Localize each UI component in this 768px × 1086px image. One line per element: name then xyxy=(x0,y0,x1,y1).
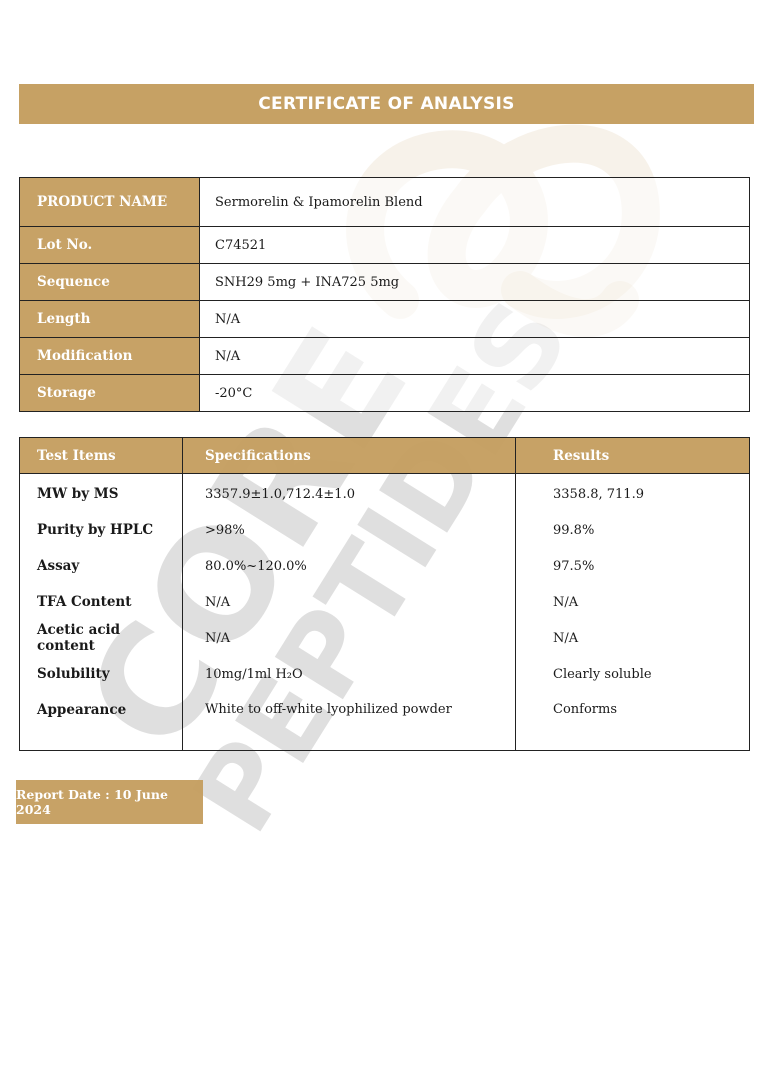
info-value: Sermorelin & Ipamorelin Blend xyxy=(200,178,750,227)
table-row: TFA Content N/A N/A xyxy=(20,584,750,620)
report-date: Report Date : 10 June 2024 xyxy=(16,787,203,817)
test-result: N/A xyxy=(516,620,750,656)
info-label: Modification xyxy=(20,338,200,375)
test-spec: 10mg/1ml H₂O xyxy=(183,656,516,692)
table-row: Appearance White to off-white lyophilize… xyxy=(20,692,750,751)
table-row: Lot No. C74521 xyxy=(20,227,750,264)
test-spec: N/A xyxy=(183,584,516,620)
report-date-badge: Report Date : 10 June 2024 xyxy=(16,780,203,824)
title-banner: CERTIFICATE OF ANALYSIS xyxy=(19,84,754,124)
table-row: Acetic acid content N/A N/A xyxy=(20,620,750,656)
column-header-specifications: Specifications xyxy=(183,438,516,474)
table-row: Assay 80.0%~120.0% 97.5% xyxy=(20,548,750,584)
info-value: -20°C xyxy=(200,375,750,412)
test-result: 99.8% xyxy=(516,512,750,548)
test-item: TFA Content xyxy=(20,584,183,620)
table-header-row: Test Items Specifications Results xyxy=(20,438,750,474)
test-item: Assay xyxy=(20,548,183,584)
info-value: SNH29 5mg + INA725 5mg xyxy=(200,264,750,301)
test-spec: >98% xyxy=(183,512,516,548)
info-value: N/A xyxy=(200,338,750,375)
test-result: Conforms xyxy=(516,692,750,751)
column-header-results: Results xyxy=(516,438,750,474)
test-item: Solubility xyxy=(20,656,183,692)
product-info-table: PRODUCT NAME Sermorelin & Ipamorelin Ble… xyxy=(19,177,750,412)
info-label: Sequence xyxy=(20,264,200,301)
test-result: 3358.8, 711.9 xyxy=(516,474,750,513)
info-value: N/A xyxy=(200,301,750,338)
info-value: C74521 xyxy=(200,227,750,264)
table-row: Sequence SNH29 5mg + INA725 5mg xyxy=(20,264,750,301)
test-item: Appearance xyxy=(20,692,183,751)
table-row: Modification N/A xyxy=(20,338,750,375)
info-label: Storage xyxy=(20,375,200,412)
info-label: Lot No. xyxy=(20,227,200,264)
test-result: Clearly soluble xyxy=(516,656,750,692)
table-row: Purity by HPLC >98% 99.8% xyxy=(20,512,750,548)
test-item: Acetic acid content xyxy=(20,620,183,656)
info-label: PRODUCT NAME xyxy=(20,178,200,227)
table-row: Storage -20°C xyxy=(20,375,750,412)
test-item: MW by MS xyxy=(20,474,183,513)
test-spec: 80.0%~120.0% xyxy=(183,548,516,584)
test-item: Purity by HPLC xyxy=(20,512,183,548)
info-label: Length xyxy=(20,301,200,338)
test-spec: White to off-white lyophilized powder xyxy=(183,692,516,751)
test-results-table: Test Items Specifications Results MW by … xyxy=(19,437,750,751)
page-title: CERTIFICATE OF ANALYSIS xyxy=(258,94,514,114)
column-header-test-items: Test Items xyxy=(20,438,183,474)
test-spec: 3357.9±1.0,712.4±1.0 xyxy=(183,474,516,513)
table-row: Length N/A xyxy=(20,301,750,338)
test-result: N/A xyxy=(516,584,750,620)
table-row: PRODUCT NAME Sermorelin & Ipamorelin Ble… xyxy=(20,178,750,227)
table-row: Solubility 10mg/1ml H₂O Clearly soluble xyxy=(20,656,750,692)
test-spec: N/A xyxy=(183,620,516,656)
table-row: MW by MS 3357.9±1.0,712.4±1.0 3358.8, 71… xyxy=(20,474,750,513)
test-result: 97.5% xyxy=(516,548,750,584)
